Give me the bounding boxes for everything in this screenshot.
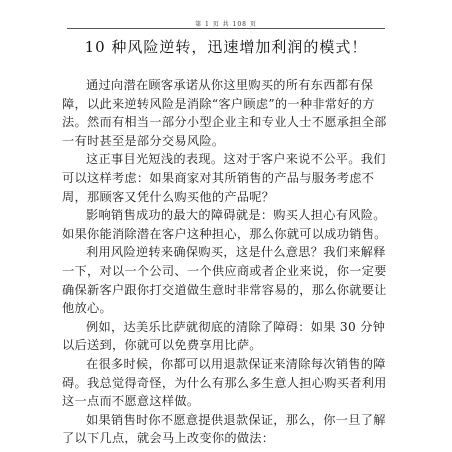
document-body: 通过向潜在顾客承诺从你这里购买的所有东西都有保 障，以此来逆转风险是消除“客户顾… bbox=[62, 76, 390, 448]
text-line: 确保新客户跟你打交道做生意时非常容易的，那么你就要让 bbox=[62, 281, 390, 300]
text-line: 了以下几点，就会马上改变你的做法： bbox=[62, 429, 390, 448]
text-line: 在很多时候，你都可以用退款保证来清除每次销售的障 bbox=[62, 355, 390, 374]
text-line: 可以这样考虑：如果商家对其所销售的产品与服务考虑不 bbox=[62, 169, 390, 188]
text-line: 这正事目光短浅的表现。这对于客户来说不公平。我们 bbox=[62, 150, 390, 169]
text-line: 影响销售成功的最大的障碍就是：购买人担心有风险。 bbox=[62, 206, 390, 225]
text-line: 利用风险逆转来确保购买，这是什么意思？我们来解释 bbox=[62, 243, 390, 262]
text-line: 通过向潜在顾客承诺从你这里购买的所有东西都有保 bbox=[62, 76, 390, 95]
text-line: 如果你能消除潜在客户这种担心，那么你就可以成功销售。 bbox=[62, 225, 390, 244]
text-line: 一有时甚至是部分交易风险。 bbox=[62, 132, 390, 151]
text-line: 以后送到，你就可以免费享用比萨。 bbox=[62, 336, 390, 355]
text-line: 障，以此来逆转风险是消除“客户顾虑”的一种非常好的方 bbox=[62, 95, 390, 114]
header-divider bbox=[67, 28, 385, 29]
text-line: 碍。我总觉得奇怪，为什么有那么多生意人担心购买者利用 bbox=[62, 374, 390, 393]
text-line: 如果销售时你不愿意提供退款保证，那么，你一旦了解 bbox=[62, 411, 390, 430]
text-line: 他放心。 bbox=[62, 299, 390, 318]
text-line: 法。然而有相当一部分小型企业主和专业人士不愿承担全部 bbox=[62, 113, 390, 132]
text-line: 周，那顾客又凭什么购买他的产品呢？ bbox=[62, 188, 390, 207]
document-title: 10 种风险逆转，迅速增加利润的模式！ bbox=[0, 36, 452, 57]
text-line: 例如，达美乐比萨就彻底的清除了障碍：如果 30 分钟 bbox=[62, 318, 390, 337]
text-line: 这一点而不愿意这样做。 bbox=[62, 392, 390, 411]
page-indicator: 第 1 页 共 108 页 bbox=[0, 19, 452, 28]
text-line: 一下，对以一个公司、一个供应商或者企业来说，你一定要 bbox=[62, 262, 390, 281]
